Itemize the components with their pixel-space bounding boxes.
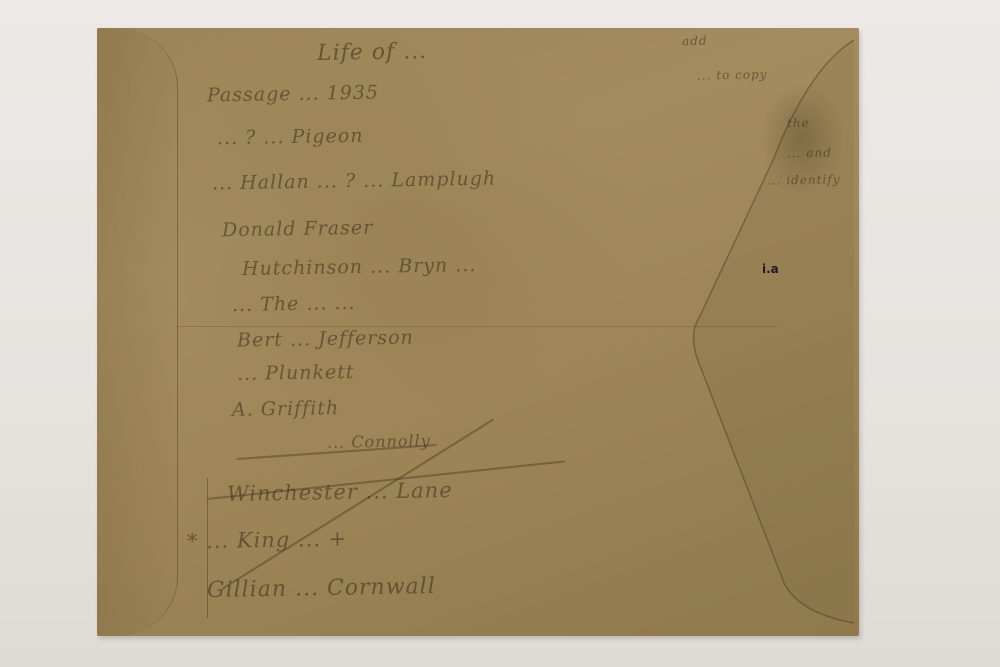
envelope-left-flap	[97, 28, 178, 636]
note-line: ... Plunkett	[237, 361, 355, 385]
note-line: ... Hallan ... ? ... Lamplugh	[212, 168, 497, 195]
note-line: Passage ... 1935	[207, 82, 379, 107]
note-line: A. Griffith	[232, 397, 340, 421]
envelope-fold-line	[177, 326, 777, 327]
note-line: Bert ... Jefferson	[237, 326, 414, 351]
note-line: ... The ... ...	[232, 292, 356, 316]
note-header: Life of ...	[317, 39, 428, 66]
margin-note: ... and	[787, 146, 832, 161]
margin-note: the	[787, 116, 810, 130]
note-header-corner: add	[682, 34, 708, 48]
note-line: Donald Fraser	[222, 217, 374, 242]
envelope-right-flap	[689, 28, 859, 636]
note-line: Gillian ... Cornwall	[207, 574, 436, 603]
margin-note: ... to copy	[697, 67, 768, 82]
note-line: ... ? ... Pigeon	[217, 125, 364, 150]
envelope: Life of ... add Passage ... 1935 ... ? .…	[97, 28, 859, 636]
note-line: Hutchinson ... Bryn ...	[242, 254, 477, 280]
ink-mark: i.a	[762, 262, 779, 276]
margin-note: ... identify	[767, 172, 841, 187]
